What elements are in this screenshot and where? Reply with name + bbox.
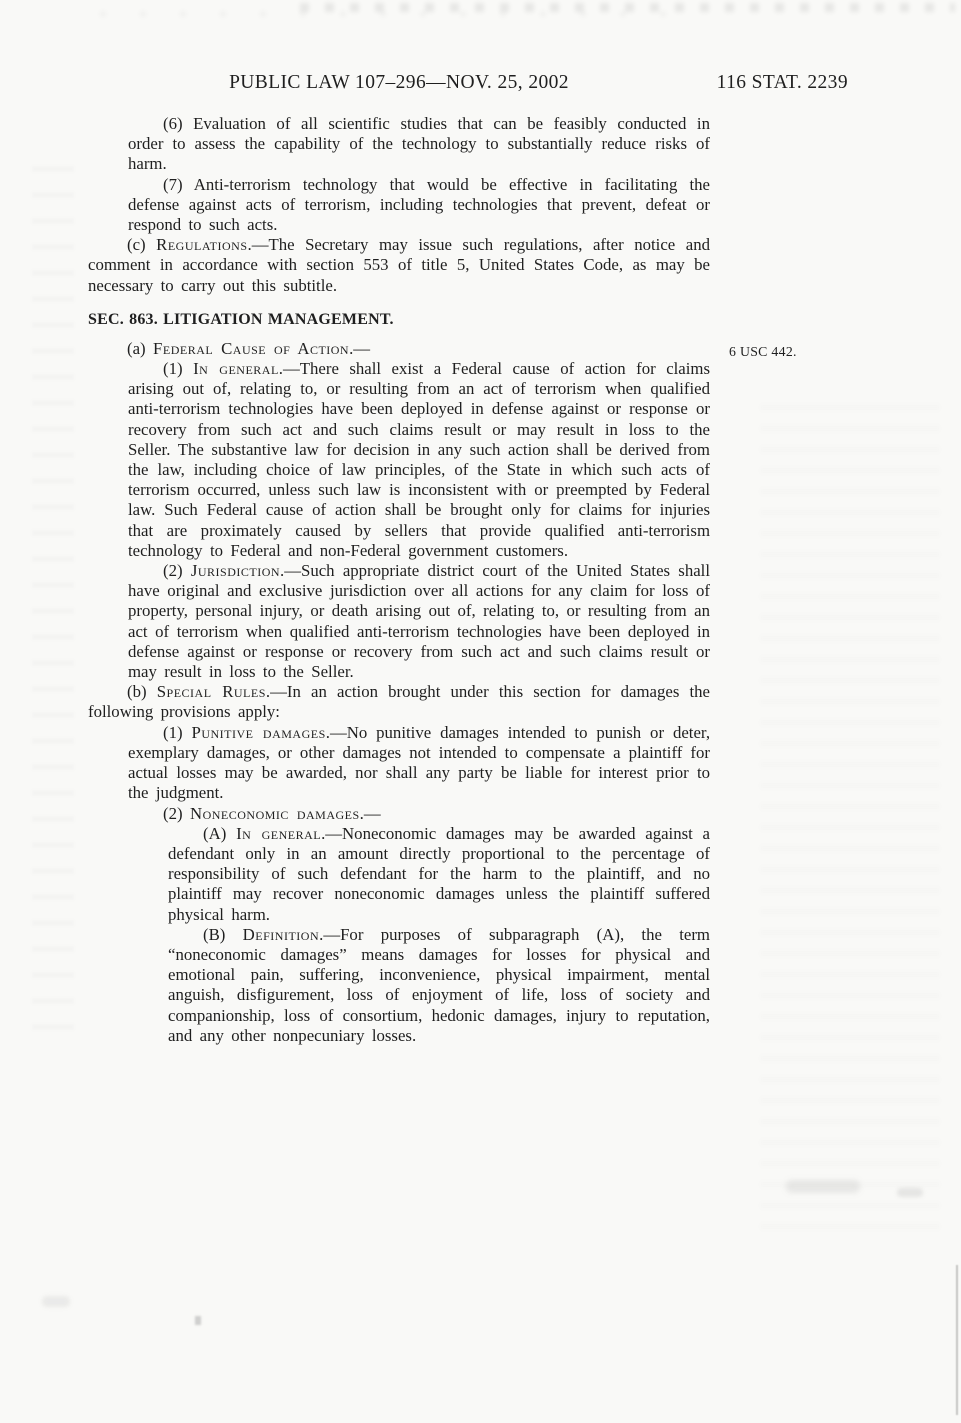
para-b1-punitive-damages: (1) Punitive damages.—No punitive damage… xyxy=(128,723,710,804)
statute-text-column: (6) Evaluation of all scientific studies… xyxy=(88,114,710,1046)
para-b2b-definition: (B) Definition.—For purposes of subparag… xyxy=(168,925,710,1046)
para-c-regulations: (c) Regulations.—The Secretary may issue… xyxy=(88,235,710,296)
statute-text: (1) xyxy=(163,359,193,378)
scan-artifact-speck xyxy=(195,1316,201,1325)
para-7-anti-terrorism-technology: (7) Anti-terrorism technology that would… xyxy=(128,175,710,236)
small-caps-term: Noneconomic damages xyxy=(190,804,360,823)
statute-text: .— xyxy=(349,339,370,358)
statute-text: (b) xyxy=(127,682,157,701)
page-header: PUBLIC LAW 107–296—NOV. 25, 2002 116 STA… xyxy=(88,72,848,94)
scan-artifact-top-speckle-light xyxy=(100,11,700,17)
para-b2-noneconomic-damages: (2) Noneconomic damages.— xyxy=(128,804,710,824)
small-caps-term: Regulations xyxy=(156,235,247,254)
scan-artifact-smudge xyxy=(897,1188,923,1197)
running-head-stat-number: 116 STAT. 2239 xyxy=(717,72,848,94)
small-caps-term: Punitive damages xyxy=(192,723,326,742)
para-b-special-rules: (b) Special Rules.—In an action brought … xyxy=(88,682,710,722)
scan-artifact-left-bleed xyxy=(32,150,74,1030)
small-caps-term: Jurisdiction xyxy=(191,561,280,580)
statute-text: .— xyxy=(360,804,381,823)
scanned-statute-page: PUBLIC LAW 107–296—NOV. 25, 2002 116 STA… xyxy=(0,0,961,1423)
para-6-evaluation: (6) Evaluation of all scientific studies… xyxy=(128,114,710,175)
small-caps-term: Definition xyxy=(243,925,319,944)
statute-text: (A) xyxy=(203,824,236,843)
scan-artifact-right-bleed xyxy=(760,390,940,1230)
statute-text: (a) xyxy=(127,339,153,358)
statute-text: .—There shall exist a Federal cause of a… xyxy=(128,359,710,560)
scan-artifact-smudge xyxy=(42,1296,70,1307)
para-a2-jurisdiction: (2) Jurisdiction.—Such appropriate distr… xyxy=(128,561,710,682)
statute-text: (6) Evaluation of all scientific studies… xyxy=(128,114,710,173)
small-caps-term: Special Rules xyxy=(157,682,266,701)
scan-artifact-top-speckle xyxy=(300,3,955,12)
running-head-law-title: PUBLIC LAW 107–296—NOV. 25, 2002 xyxy=(88,72,710,94)
small-caps-term: In general xyxy=(236,824,321,843)
statute-text: (1) xyxy=(163,723,192,742)
statute-text: (c) xyxy=(127,235,156,254)
statute-text: SEC. 863. LITIGATION MANAGEMENT. xyxy=(88,311,394,328)
margin-note-usc-citation: 6 USC 442. xyxy=(729,344,797,360)
para-b2a-in-general: (A) In general.—Noneconomic damages may … xyxy=(168,824,710,925)
statute-text: (2) xyxy=(163,561,191,580)
statute-text: (7) Anti-terrorism technology that would… xyxy=(128,175,710,234)
statute-text: (B) xyxy=(203,925,243,944)
small-caps-term: Federal Cause of Action xyxy=(153,339,349,358)
para-a1-in-general: (1) In general.—There shall exist a Fede… xyxy=(128,359,710,561)
statute-text: (2) xyxy=(163,804,190,823)
sec-863-heading: SEC. 863. LITIGATION MANAGEMENT. xyxy=(88,310,710,329)
scan-artifact-edge-line xyxy=(956,1265,958,1415)
para-a-federal-cause-of-action: (a) Federal Cause of Action.— xyxy=(88,339,710,359)
scan-artifact-smudge xyxy=(786,1180,860,1193)
small-caps-term: In general xyxy=(193,359,279,378)
